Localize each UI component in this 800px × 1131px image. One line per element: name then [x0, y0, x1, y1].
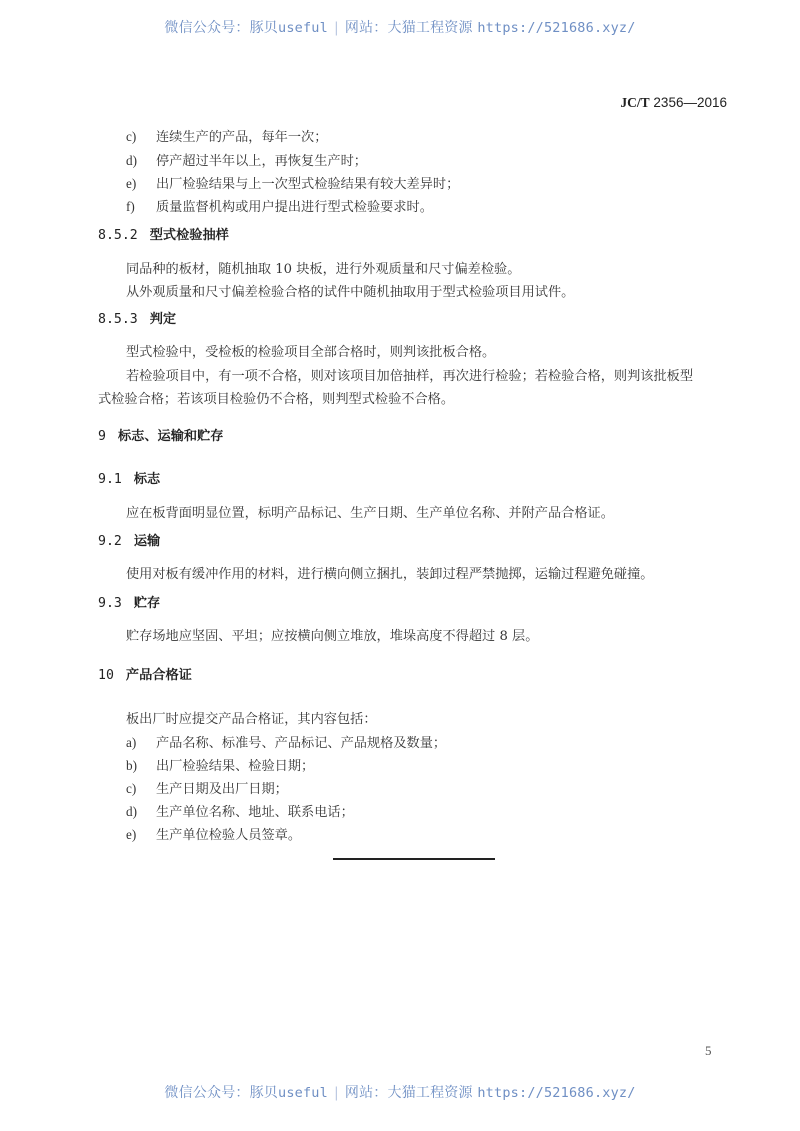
page-number: 5: [705, 1043, 712, 1059]
watermark-separator: |: [334, 20, 339, 36]
watermark-site-url[interactable]: https://521686.xyz/: [477, 1085, 635, 1101]
watermark-site-label: 网站：大猫工程资源: [345, 20, 473, 36]
list-item: a)产品名称、标准号、产品标记、产品规格及数量；: [98, 734, 446, 753]
list-item: b)出厂检验结果、检验日期；: [98, 757, 314, 776]
watermark-wechat-name: useful: [278, 20, 328, 36]
paragraph: 板出厂时应提交产品合格证，其内容包括：: [126, 711, 377, 729]
standard-number: JC/T 2356—2016: [620, 95, 727, 111]
watermark-wechat-label: 微信公众号：豚贝: [164, 1085, 278, 1101]
list-item: d)生产单位名称、地址、联系电话；: [98, 803, 354, 822]
watermark-separator: |: [334, 1085, 339, 1101]
standard-code: 2356—2016: [650, 95, 727, 110]
watermark-bottom: 微信公众号：豚贝useful|网站：大猫工程资源 https://521686.…: [0, 1082, 800, 1102]
paragraph: 若检验项目中，有一项不合格，则对该项目加倍抽样，再次进行检验；若检验合格，则判该…: [126, 368, 693, 386]
watermark-wechat-label: 微信公众号：豚贝: [164, 20, 278, 36]
list-item: e)生产单位检验人员签章。: [98, 826, 301, 845]
list-item: e)出厂检验结果与上一次型式检验结果有较大差异时；: [98, 175, 459, 194]
watermark-wechat-name: useful: [278, 1085, 328, 1101]
list-item: c)连续生产的产品，每年一次；: [98, 128, 327, 147]
watermark-top: 微信公众号：豚贝useful|网站：大猫工程资源 https://521686.…: [0, 17, 800, 37]
section-heading-9-3: 9.3贮存: [98, 595, 160, 613]
paragraph: 应在板背面明显位置，标明产品标记、生产日期、生产单位名称、并附产品合格证。: [126, 505, 614, 523]
paragraph: 使用对板有缓冲作用的材料，进行横向侧立捆扎，装卸过程严禁抛掷，运输过程避免碰撞。: [126, 566, 654, 584]
standard-prefix: JC/T: [620, 95, 649, 110]
list-item: c)生产日期及出厂日期；: [98, 780, 288, 799]
paragraph: 贮存场地应坚固、平坦；应按横向侧立堆放，堆垛高度不得超过 8 层。: [126, 628, 538, 646]
paragraph: 型式检验中，受检板的检验项目全部合格时，则判该批板合格。: [126, 344, 495, 362]
section-heading-10: 10产品合格证: [98, 667, 192, 685]
section-heading-9: 9标志、运输和贮存: [98, 428, 223, 446]
section-heading-9-1: 9.1标志: [98, 471, 160, 489]
end-of-document-rule: [333, 858, 495, 860]
paragraph-continuation: 式检验合格；若该项目检验仍不合格，则判型式检验不合格。: [98, 391, 454, 409]
list-item: d)停产超过半年以上，再恢复生产时；: [98, 152, 367, 171]
section-heading-8-5-3: 8.5.3判定: [98, 311, 176, 329]
paragraph: 从外观质量和尺寸偏差检验合格的试件中随机抽取用于型式检验项目用试件。: [126, 284, 574, 302]
section-heading-9-2: 9.2运输: [98, 533, 160, 551]
section-heading-8-5-2: 8.5.2型式检验抽样: [98, 227, 229, 245]
watermark-site-label: 网站：大猫工程资源: [345, 1085, 473, 1101]
list-item: f)质量监督机构或用户提出进行型式检验要求时。: [98, 198, 433, 217]
paragraph: 同品种的板材，随机抽取 10 块板，进行外观质量和尺寸偏差检验。: [126, 261, 520, 279]
watermark-site-url[interactable]: https://521686.xyz/: [477, 20, 635, 36]
